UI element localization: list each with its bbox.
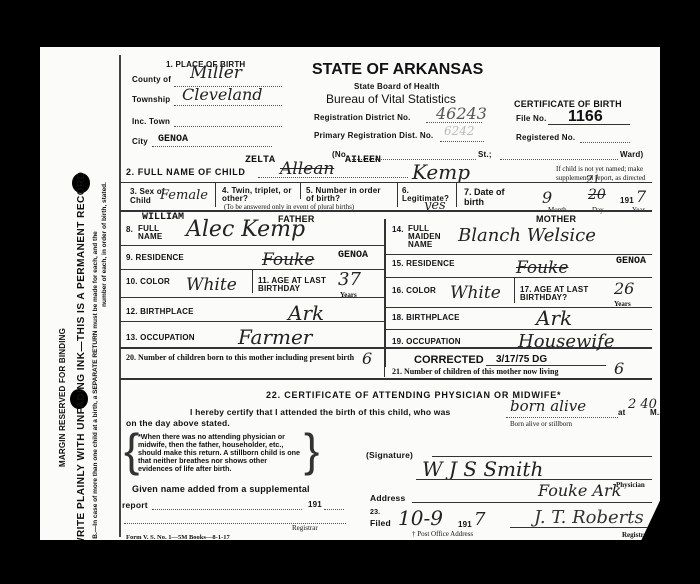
mother-color-label: 16. COLOR (392, 286, 436, 295)
father-age: 37 (338, 269, 361, 290)
given-name-label: Given name added from a supplemental (132, 484, 310, 494)
footnote-text: *When there was no attending physician o… (138, 433, 300, 473)
father-residence-label: 9. RESIDENCE (126, 253, 184, 262)
am-pm-label: M., (650, 408, 662, 417)
mother-heading: MOTHER (536, 214, 576, 224)
registration-district-label: Registration District No. (314, 113, 411, 122)
children-living-label: 21. Number of children of this mother no… (392, 367, 558, 376)
st-label: St.; (478, 150, 492, 159)
state-title: STATE OF ARKANSAS (312, 61, 483, 79)
father-color: White (186, 275, 237, 295)
born-status: born alive (510, 397, 586, 415)
board-of-health: State Board of Health (354, 82, 440, 91)
mother-residence-typed: GENOA (616, 256, 646, 267)
child-surname: Kemp (412, 160, 470, 184)
city-label: City (132, 137, 148, 146)
county-label: County of (132, 75, 171, 84)
at-label: at (618, 408, 626, 417)
certify-text: I hereby certify that I attended the bir… (190, 407, 450, 417)
mother-birthplace: Ark (536, 306, 572, 330)
father-name-num: 8. (126, 225, 133, 234)
primary-registration-label: Primary Registration Dist. No. (314, 131, 433, 140)
mother-name-label: FULL MAIDEN NAME (408, 225, 444, 249)
father-birthplace-label: 12. BIRTHPLACE (126, 307, 194, 316)
mother-name-num: 14. (392, 225, 404, 234)
day-stated-text: on the day above stated. (126, 418, 230, 428)
form-left-border (119, 55, 121, 537)
father-residence-struck: Fouke (262, 250, 314, 270)
mother-occupation-label: 19. OCCUPATION (392, 337, 461, 346)
physician-address: Fouke Ark (538, 481, 621, 500)
birth-certificate-page: MARGIN RESERVED FOR BINDING WRITE PLAINL… (40, 47, 660, 540)
father-name-label: FULL NAME (138, 225, 168, 241)
registrar-label-right: Registrar (622, 531, 650, 539)
form-number: Form V. S. No. 1—5M Books—8-1-17 (126, 534, 230, 541)
children-living-value: 6 (614, 359, 624, 378)
sex-value: Female (160, 188, 208, 203)
mother-age: 26 (614, 279, 634, 298)
inc-town-label: Inc. Town (132, 117, 170, 126)
filed-year-suffix: 7 (474, 509, 485, 530)
born-alive-note: Born alive or stillborn (510, 420, 572, 428)
footnote-brace-right: } (304, 427, 319, 473)
child-middle-name-typed: AILEEN (345, 155, 381, 166)
mother-birthplace-label: 18. BIRTHPLACE (392, 313, 460, 322)
report-label: report (122, 500, 148, 510)
father-first-name-typed: WILLIAM (142, 212, 184, 223)
father-age-label: 11. AGE AT LAST BIRTHDAY (258, 277, 346, 293)
dob-year-suffix: 7 (636, 187, 646, 206)
mother-age-label: 17. AGE AT LAST BIRTHDAY? (520, 286, 616, 302)
twin-label: 4. Twin, triplet, or other? (222, 187, 292, 203)
corrected-value: 3/17/75 DG (496, 354, 547, 365)
margin-binding-text: MARGIN RESERVED FOR BINDING (58, 328, 67, 467)
dob-day-struck: 20 (588, 187, 606, 203)
mother-residence-label: 15. RESIDENCE (392, 259, 455, 268)
margin-write-plainly-text: WRITE PLAINLY WITH UNFADING INK—THIS IS … (76, 172, 87, 548)
filed-year-prefix: 191 (458, 520, 472, 529)
file-no-value: 1166 (568, 108, 603, 126)
signature-label: (Signature) (366, 450, 413, 460)
primary-registration-value: 6242 (444, 124, 475, 138)
file-no-label: File No. (516, 114, 547, 123)
mother-color: White (450, 283, 501, 303)
county-value: Miller (190, 63, 242, 83)
dob-year-prefix: 191 (620, 196, 634, 205)
margin-nb-text: N. B.—In case of more than one child at … (92, 231, 99, 547)
mother-occupation: Housewife (518, 331, 615, 352)
dob-label: 7. Date of birth (464, 187, 524, 207)
children-born-label: 20. Number of children born to this moth… (126, 353, 356, 362)
township-value: Cleveland (182, 85, 263, 104)
child-name-struck: Allean (280, 159, 334, 179)
registrar-label-left: Registrar (292, 524, 318, 532)
post-office-note: † Post Office Address (412, 530, 473, 538)
unnamed-child-note: If child is not yet named; make suppleme… (556, 165, 656, 183)
physician-signature: W J S Smith (422, 457, 543, 481)
filed-date: 10-9 (398, 506, 443, 530)
child-name-label: 2. FULL NAME OF CHILD (126, 167, 245, 177)
address-label: Address (370, 493, 405, 503)
margin-nb-text-2: number of each, in order of birth, state… (101, 182, 108, 307)
father-occupation: Farmer (238, 325, 312, 349)
registered-no-label: Registered No. (516, 133, 575, 142)
father-color-label: 10. COLOR (126, 277, 170, 286)
registrar-signature: J. T. Roberts (534, 507, 644, 528)
parent-divider (384, 219, 386, 367)
dob-month: 9 (542, 188, 552, 207)
father-occupation-label: 13. OCCUPATION (126, 333, 195, 342)
order-label: 5. Number in order of birth? (306, 187, 386, 203)
father-name: Alec Kemp (186, 217, 305, 242)
filed-label: Filed (370, 518, 391, 528)
mother-residence-struck: Fouke (516, 258, 568, 278)
filed-label-num: 23. (370, 509, 380, 516)
township-label: Township (132, 95, 170, 104)
ward-label: Ward) (620, 150, 643, 159)
corrected-label: CORRECTED (414, 354, 484, 366)
report-year: 191 (308, 500, 322, 509)
child-first-name-typed: ZELTA (245, 155, 275, 166)
dob-day-corrected: 21 (586, 173, 600, 186)
father-residence-typed: GENOA (338, 250, 368, 261)
mother-name: Blanch Welsice (458, 225, 596, 246)
registration-district-value: 46243 (436, 104, 487, 123)
children-born-value: 6 (362, 349, 372, 368)
city-value: GENOA (158, 134, 188, 145)
